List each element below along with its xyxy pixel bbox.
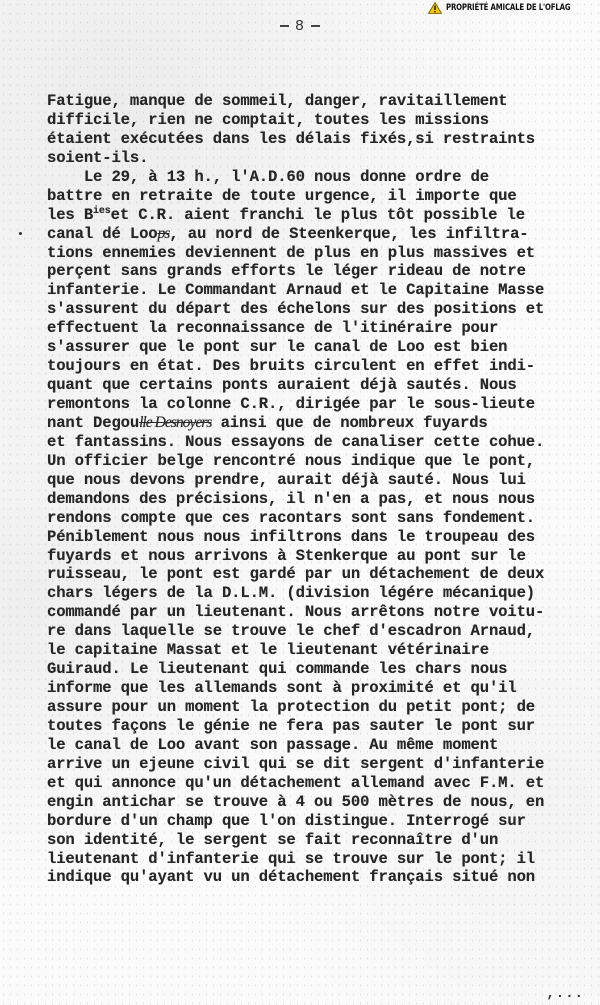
text-line: perçent sans grands efforts le léger rid… [47, 262, 600, 281]
text-line: demandons des précisions, il n'en a pas,… [47, 490, 600, 509]
text-line: fuyards et nous arrivons à Stenkerque au… [47, 547, 600, 566]
text-line: les Bieset C.R. aient franchi le plus tô… [47, 206, 600, 225]
document-body: Fatigue, manque de sommeil, danger, ravi… [47, 92, 600, 887]
text-line: Guiraud. Le lieutenant qui commande les … [47, 660, 600, 679]
superscript: ies [93, 206, 111, 217]
text-line: et fantassins. Nous essayons de canalise… [47, 433, 600, 452]
badge-label: PROPRIÉTÉ AMICALE DE L'OFLAG [446, 3, 570, 13]
document-page: PROPRIÉTÉ AMICALE DE L'OFLAG 8 Fatigue, … [0, 0, 600, 1005]
line-text: assure pour un moment la protection du p… [47, 698, 535, 716]
text-line: infanterie. Le Commandant Arnaud et le C… [47, 281, 600, 300]
continuation-mark: ,... [546, 986, 584, 1002]
line-text: commandé par un lieutenant. Nous arrêton… [47, 603, 544, 621]
text-line: Un officier belge rencontré nous indique… [47, 452, 600, 471]
text-line: rendons compte que ces racontars sont sa… [47, 509, 600, 528]
text-line: indique qu'ayant vu un détachement franç… [47, 868, 600, 887]
text-line: lieutenant d'infanterie qui se trouve su… [47, 850, 600, 869]
line-text: et C.R. aient franchi le plus tôt possib… [111, 206, 525, 224]
text-line: le capitaine Massat et le lieutenant vét… [47, 641, 600, 660]
page-number: 8 [0, 18, 600, 35]
text-line: nant Degoulle Desnoyers ainsi que de nom… [47, 414, 600, 433]
line-text: son identité, le sergent se fait reconna… [47, 831, 498, 849]
line-text: soient-ils. [47, 149, 148, 167]
text-line: engin antichar se trouve à 4 ou 500 mètr… [47, 793, 600, 812]
text-line: son identité, le sergent se fait reconna… [47, 831, 600, 850]
line-text: battre en retraite de toute urgence, il … [47, 187, 517, 205]
margin-mark [19, 232, 22, 235]
text-line: tions ennemies deviennent de plus en plu… [47, 244, 600, 263]
text-line: toutes façons le génie ne fera pas saute… [47, 717, 600, 736]
page-number-value: 8 [295, 18, 305, 35]
dash-right [311, 25, 320, 27]
text-line: Fatigue, manque de sommeil, danger, ravi… [47, 92, 600, 111]
line-text: Péniblement nous nous infiltrons dans le… [47, 528, 535, 546]
text-line: s'assurer que le pont sur le canal de Lo… [47, 338, 600, 357]
line-text: canal dé Loo [47, 225, 158, 243]
line-text: fuyards et nous arrivons à Stenkerque au… [47, 547, 526, 565]
text-line: re dans laquelle se trouve le chef d'esc… [47, 622, 600, 641]
line-text: toutes façons le génie ne fera pas saute… [47, 717, 535, 735]
line-text: informe que les allemands sont à proximi… [47, 679, 517, 697]
line-text: remontons la colonne C.R., dirigée par l… [47, 395, 535, 413]
line-text: lieutenant d'infanterie qui se trouve su… [47, 850, 535, 868]
text-line: que nous devons prendre, aurait déjà sau… [47, 471, 600, 490]
text-line: bordure d'un champ que l'on distingue. I… [47, 812, 600, 831]
line-text: ruisseau, le pont est gardé par un détac… [47, 565, 544, 583]
line-text: , au nord de Steenkerque, les infiltra- [169, 225, 528, 243]
text-line: toujours en état. Des bruits circulent e… [47, 357, 600, 376]
line-text: le canal de Loo avant son passage. Au mê… [47, 736, 498, 754]
warning-triangle-icon [428, 2, 442, 14]
line-text: que nous devons prendre, aurait déjà sau… [47, 471, 526, 489]
line-text: perçent sans grands efforts le léger rid… [47, 262, 526, 280]
line-text: ainsi que de nombreux fuyards [211, 414, 487, 432]
line-text: Guiraud. Le lieutenant qui commande les … [47, 660, 507, 678]
line-text: re dans laquelle se trouve le chef d'esc… [47, 622, 535, 640]
line-text: le capitaine Massat et le lieutenant vét… [47, 641, 489, 659]
line-text: les B [47, 206, 93, 224]
text-line: le canal de Loo avant son passage. Au mê… [47, 736, 600, 755]
text-line: effectuent la reconnaissance de l'itinér… [47, 319, 600, 338]
line-text: Fatigue, manque de sommeil, danger, ravi… [47, 92, 507, 110]
text-line: informe que les allemands sont à proximi… [47, 679, 600, 698]
text-line: étaient exécutées dans les délais fixés,… [47, 130, 600, 149]
line-text: nant Degou [47, 414, 139, 432]
ownership-badge: PROPRIÉTÉ AMICALE DE L'OFLAG [428, 1, 598, 15]
handwritten-correction: ps [158, 225, 170, 242]
line-text: difficile, rien ne comptait, toutes les … [47, 111, 489, 129]
text-line: remontons la colonne C.R., dirigée par l… [47, 395, 600, 414]
text-line: soient-ils. [47, 149, 600, 168]
text-line: chars légers de la D.L.M. (division légé… [47, 584, 600, 603]
line-text: demandons des précisions, il n'en a pas,… [47, 490, 535, 508]
line-text: Un officier belge rencontré nous indique… [47, 452, 535, 470]
text-line: Péniblement nous nous infiltrons dans le… [47, 528, 600, 547]
text-line: et qui annonce qu'un détachement alleman… [47, 774, 600, 793]
line-text: infanterie. Le Commandant Arnaud et le C… [47, 281, 544, 299]
line-text: s'assurer que le pont sur le canal de Lo… [47, 338, 507, 356]
line-text: chars légers de la D.L.M. (division légé… [47, 584, 535, 602]
line-text: engin antichar se trouve à 4 ou 500 mètr… [47, 793, 544, 811]
line-text: s'assurent du départ des échelons sur de… [47, 300, 544, 318]
text-line: ruisseau, le pont est gardé par un détac… [47, 565, 600, 584]
line-text: rendons compte que ces racontars sont sa… [47, 509, 535, 527]
text-line: difficile, rien ne comptait, toutes les … [47, 111, 600, 130]
line-text: et fantassins. Nous essayons de canalise… [47, 433, 544, 451]
line-text: toujours en état. Des bruits circulent e… [47, 357, 535, 375]
text-line: s'assurent du départ des échelons sur de… [47, 300, 600, 319]
text-line: canal dé Loops, au nord de Steenkerque, … [47, 225, 600, 244]
text-line: quant que certains ponts auraient déjà s… [47, 376, 600, 395]
text-line: assure pour un moment la protection du p… [47, 698, 600, 717]
text-line: battre en retraite de toute urgence, il … [47, 187, 600, 206]
text-line: arrive un ejeune civil qui se dit sergen… [47, 755, 600, 774]
line-text: tions ennemies deviennent de plus en plu… [47, 244, 535, 262]
handwritten-correction: lle Desnoyers [139, 414, 211, 431]
line-text: étaient exécutées dans les délais fixés,… [47, 130, 535, 148]
line-text: arrive un ejeune civil qui se dit sergen… [47, 755, 544, 773]
line-text: quant que certains ponts auraient déjà s… [47, 376, 517, 394]
line-text: indique qu'ayant vu un détachement franç… [47, 868, 535, 886]
text-line: Le 29, à 13 h., l'A.D.60 nous donne ordr… [47, 168, 600, 187]
line-text: et qui annonce qu'un détachement alleman… [47, 774, 544, 792]
line-text: effectuent la reconnaissance de l'itinér… [47, 319, 498, 337]
dash-left [280, 25, 289, 27]
line-text: bordure d'un champ que l'on distingue. I… [47, 812, 526, 830]
line-text: Le 29, à 13 h., l'A.D.60 nous donne ordr… [47, 168, 489, 186]
text-line: commandé par un lieutenant. Nous arrêton… [47, 603, 600, 622]
